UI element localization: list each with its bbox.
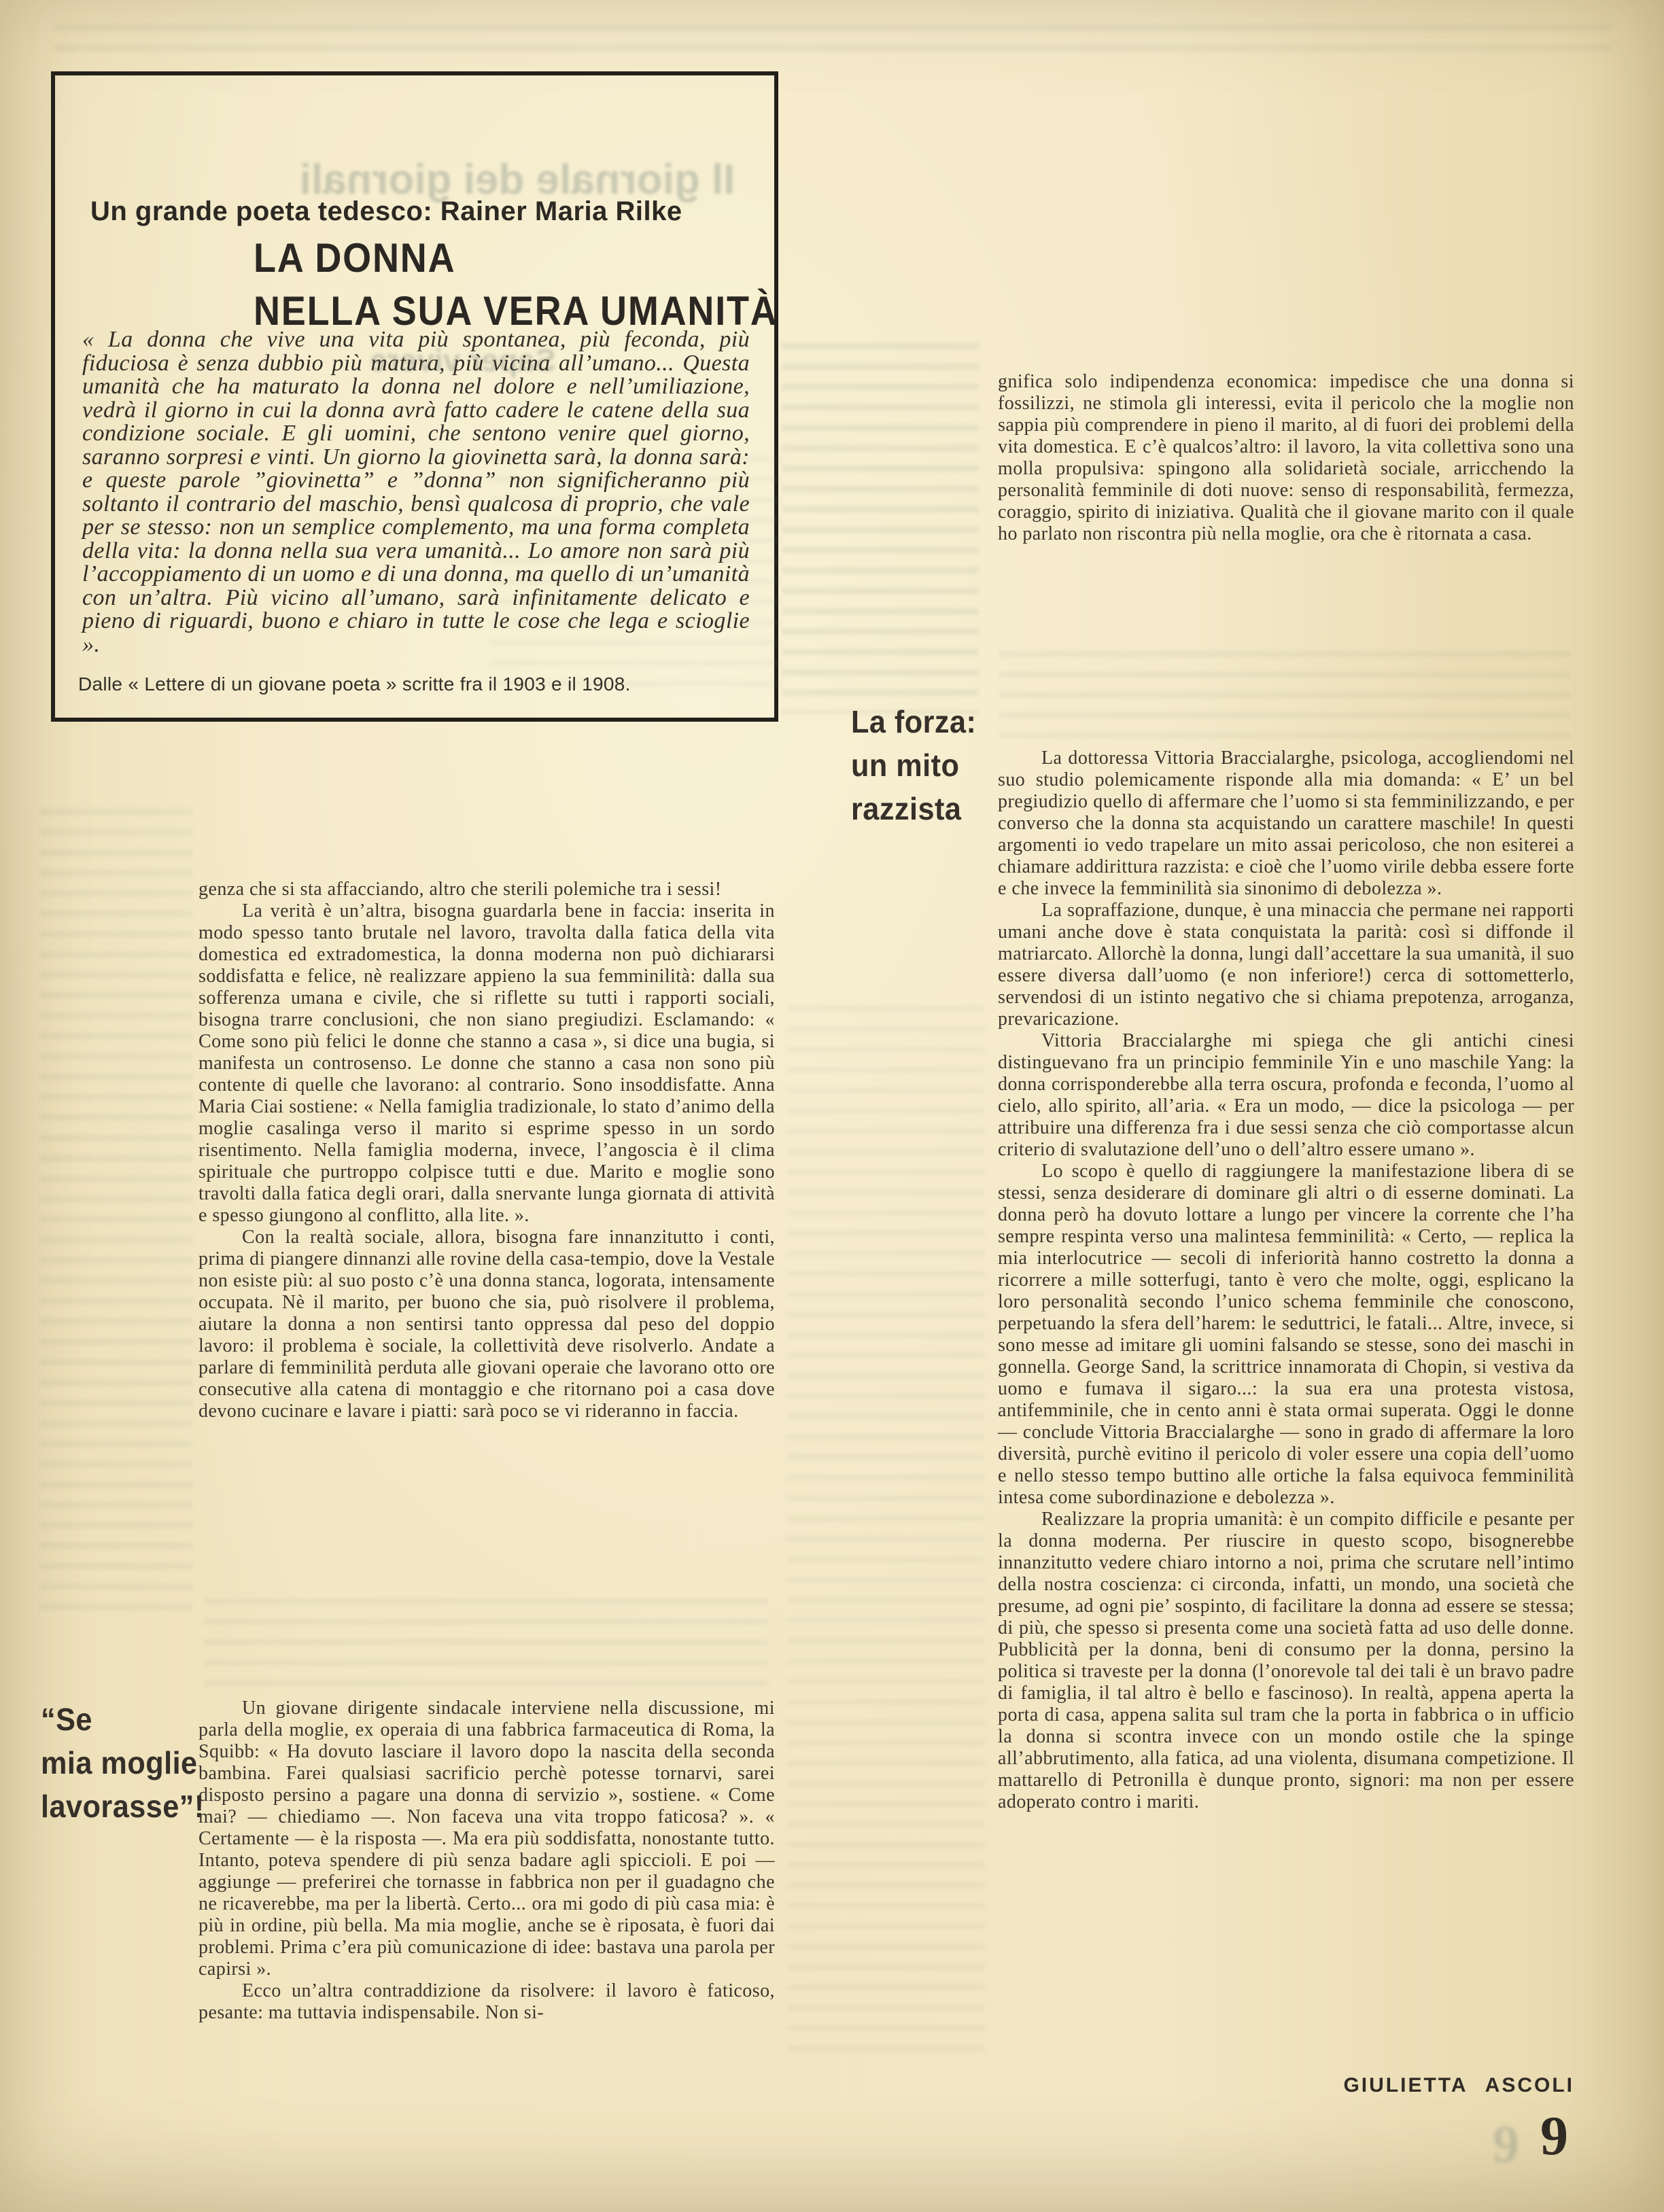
middle-column-upper-block: genza che si sta affacciando, altro che … <box>198 879 775 1422</box>
article-kicker: Un grande poeta tedesco: Rainer Maria Ri… <box>90 196 682 227</box>
paragraph: gnifica solo indipendenza economica: imp… <box>998 371 1574 545</box>
bleed-smudge-middle-gap <box>204 1598 768 1688</box>
bleed-smudge-gutter <box>787 1006 984 2066</box>
paragraph: Un giovane dirigente sindacale intervien… <box>198 1698 775 1980</box>
article-quote: « La donna che vive una vita più spontan… <box>82 328 750 656</box>
right-column-upper-block: gnifica solo indipendenza economica: imp… <box>998 371 1574 545</box>
boxed-article: Il giornale dei giornali Saper vivere Un… <box>51 71 778 722</box>
magazine-page: Il giornale dei giornali Saper vivere Un… <box>0 0 1664 2212</box>
paragraph: Con la realtà sociale, allora, bisogna f… <box>198 1227 775 1422</box>
article-title-line1: LA DONNA <box>254 234 455 281</box>
page-number: 9 <box>1540 2104 1568 2168</box>
paragraph: La dottoressa Vittoria Braccialarghe, ps… <box>998 748 1574 900</box>
bleed-smudge-right-column-gap <box>999 651 1570 738</box>
bleed-smudge-right-of-box <box>782 343 979 714</box>
article-source-note: Dalle « Lettere di un giovane poeta » sc… <box>78 673 631 695</box>
section-heading-se-mia-moglie: “Se mia moglie lavorasse”! <box>41 1698 205 1828</box>
paragraph: Lo scopo è quello di raggiungere la mani… <box>998 1161 1574 1509</box>
bleed-smudge-top-band <box>54 24 1611 56</box>
paragraph: Ecco un’altra contraddizione da risolver… <box>198 1980 775 2024</box>
paragraph: Vittoria Braccialarghe mi spiega che gli… <box>998 1030 1574 1161</box>
paragraph: genza che si sta affacciando, altro che … <box>198 879 775 900</box>
paragraph: Realizzare la propria umanità: è un comp… <box>998 1509 1574 1813</box>
paragraph: La sopraffazione, dunque, è una minaccia… <box>998 900 1574 1030</box>
right-column-main-block: La dottoressa Vittoria Braccialarghe, ps… <box>998 748 1574 1813</box>
page-number-bleed-ghost: 9 <box>1493 2113 1519 2175</box>
author-byline: GIULIETTA ASCOLI <box>998 2074 1574 2097</box>
middle-column-lower-block: Un giovane dirigente sindacale intervien… <box>198 1698 775 2024</box>
section-heading-la-forza: La forza: un mito razzista <box>851 700 976 830</box>
bleed-smudge-left-margin <box>39 809 192 1611</box>
paragraph: La verità è un’altra, bisogna guardarla … <box>198 900 775 1227</box>
